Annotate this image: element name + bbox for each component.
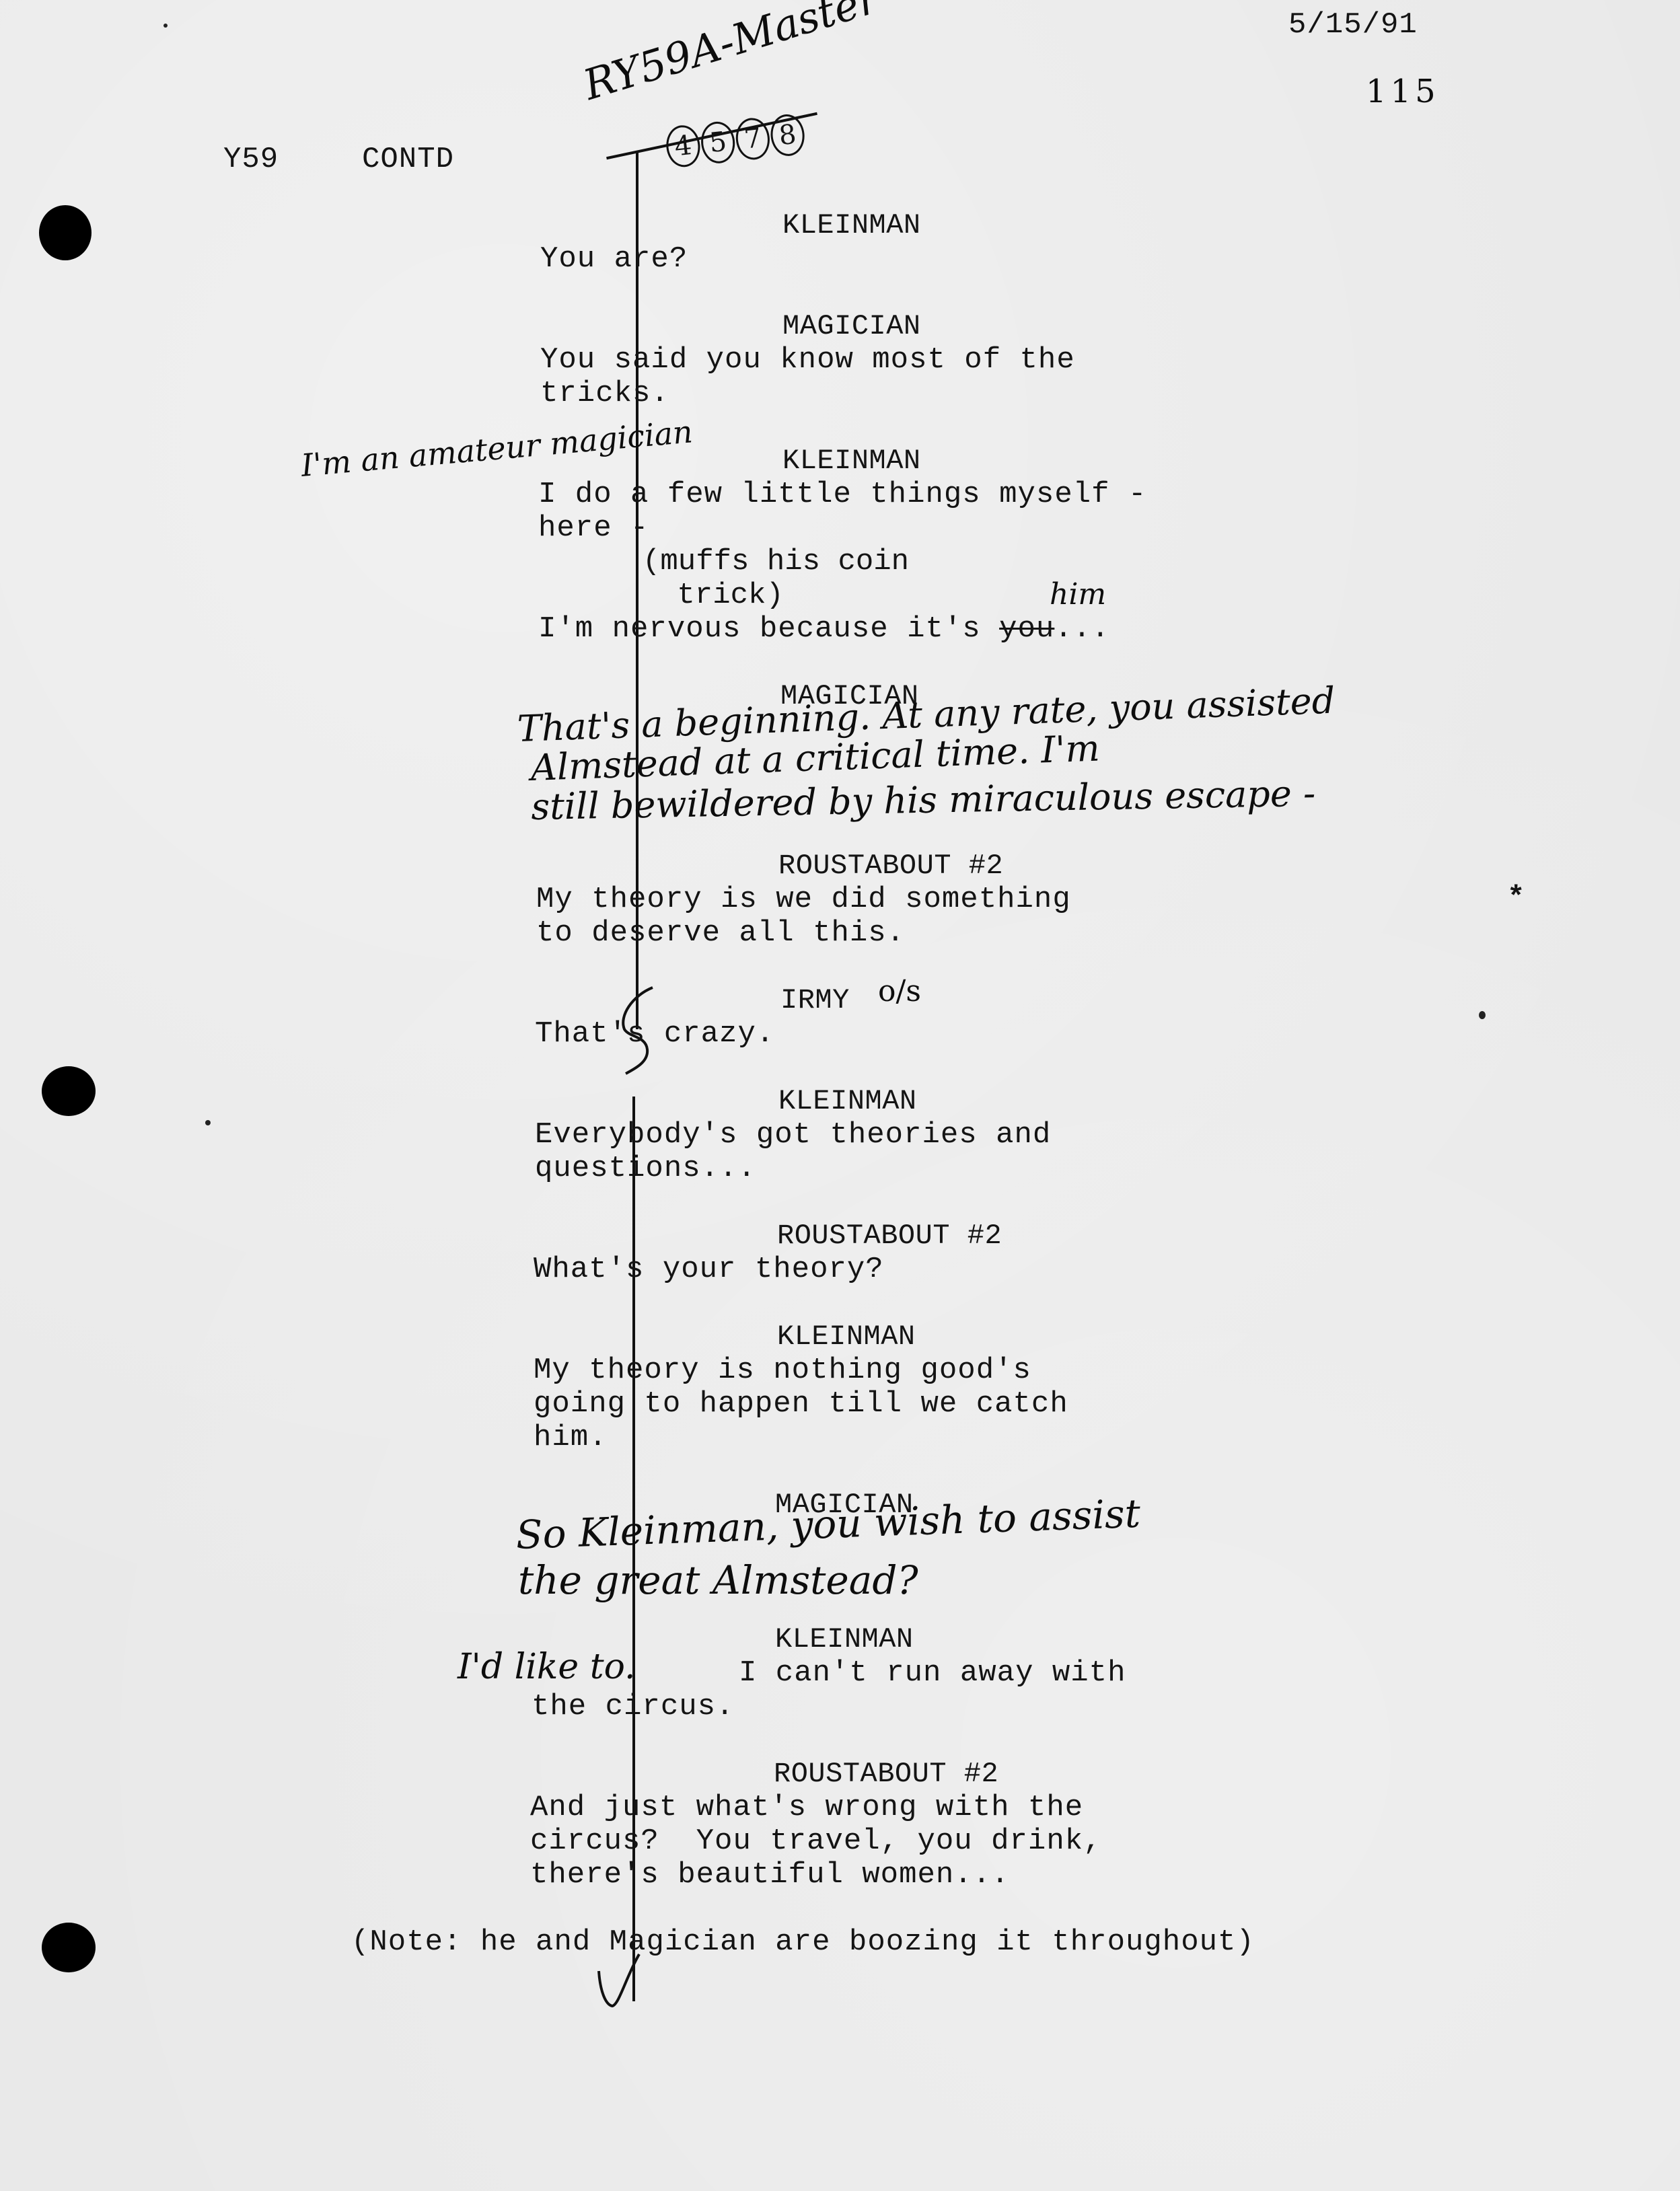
dialogue-line: What's your theory? [534, 1253, 884, 1286]
ink-speck [205, 1120, 211, 1125]
parenthetical: (muffs his coin [643, 545, 909, 579]
struck-word: you [999, 612, 1054, 646]
dialogue-prefix: I'm nervous because it's [538, 612, 999, 646]
dialogue-line: there's beautiful women... [530, 1858, 1010, 1892]
character-cue: KLEINMAN [778, 1084, 917, 1118]
master-label: RY59A-Master [578, 0, 884, 110]
dialogue-line: My theory is we did something [536, 883, 1071, 916]
replacement-word: him [1050, 577, 1106, 611]
character-cue: KLEINMAN [782, 444, 921, 478]
dialogue-line: That's crazy. [535, 1017, 774, 1051]
dialogue-line: You are? [540, 242, 688, 276]
dialogue-line: I do a few little things myself - [538, 478, 1146, 511]
binder-hole-top [39, 205, 92, 260]
dialogue-suffix: ... [1054, 612, 1109, 646]
handwritten-page-number: 115 [1366, 73, 1440, 110]
character-cue: ROUSTABOUT #2 [774, 1757, 998, 1791]
ink-dot [1479, 1011, 1486, 1019]
character-cue: KLEINMAN [775, 1623, 914, 1656]
off-screen-mark: o/s [878, 974, 921, 1008]
check-mark [592, 1951, 659, 2011]
dialogue-line: Everybody's got theories and [535, 1118, 1051, 1152]
dialogue-line: You said you know most of the [540, 343, 1075, 377]
dialogue-line: questions... [535, 1152, 756, 1185]
circled-take: 5 [699, 120, 737, 165]
dialogue-line: to deserve all this. [536, 916, 905, 950]
handwritten-dialogue: I'd like to. [458, 1647, 636, 1687]
scene-number: Y59 [223, 143, 279, 176]
character-cue: KLEINMAN [782, 209, 921, 242]
dialogue-line: My theory is nothing good's [534, 1353, 1031, 1387]
script-page: 5/15/91 115 Y59 CONTD RY59A-Master 4578 … [0, 0, 1680, 2191]
dialogue-line: tricks. [540, 377, 669, 410]
dialogue-line: going to happen till we catch [534, 1387, 1068, 1421]
revision-date: 5/15/91 [1288, 8, 1418, 42]
handwritten-dialogue: the great Almstead? [518, 1557, 918, 1603]
dialogue-line: And just what's wrong with the [530, 1791, 1083, 1824]
dialogue-line: circus? You travel, you drink, [530, 1824, 1102, 1858]
parenthetical: trick) [659, 579, 784, 612]
dialogue-line: here - [538, 511, 649, 545]
character-cue: ROUSTABOUT #2 [777, 1219, 1002, 1253]
dialogue-line-edited: I'm nervous because it's you... [538, 612, 1110, 646]
binder-hole-middle [42, 1066, 96, 1116]
dialogue-line: I can't run away with [739, 1656, 1126, 1690]
margin-note-amateur-magician: I'm an amateur magician [299, 413, 694, 484]
character-cue: KLEINMAN [777, 1320, 916, 1353]
dialogue-line: the circus. [532, 1690, 734, 1723]
character-cue: ROUSTABOUT #2 [778, 849, 1003, 883]
dialogue-line: him. [534, 1421, 608, 1454]
ink-speck [163, 24, 168, 28]
character-cue: MAGICIAN [782, 309, 921, 343]
scene-continued-label: CONTD [362, 143, 454, 176]
production-note: (Note: he and Magician are boozing it th… [351, 1925, 1255, 1959]
binder-hole-bottom [42, 1923, 96, 1972]
character-cue: IRMY [780, 983, 850, 1017]
revision-asterisk: * [1507, 881, 1525, 915]
